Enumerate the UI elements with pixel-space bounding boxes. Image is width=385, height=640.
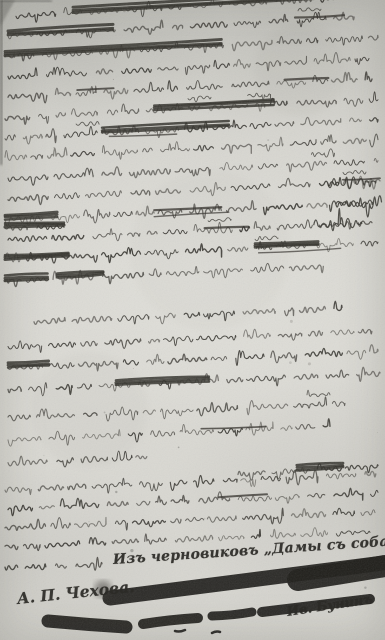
manuscript-page-photo: Изъ черновиковъ „Дамы съ собачкой“ А. П.…	[0, 0, 385, 640]
